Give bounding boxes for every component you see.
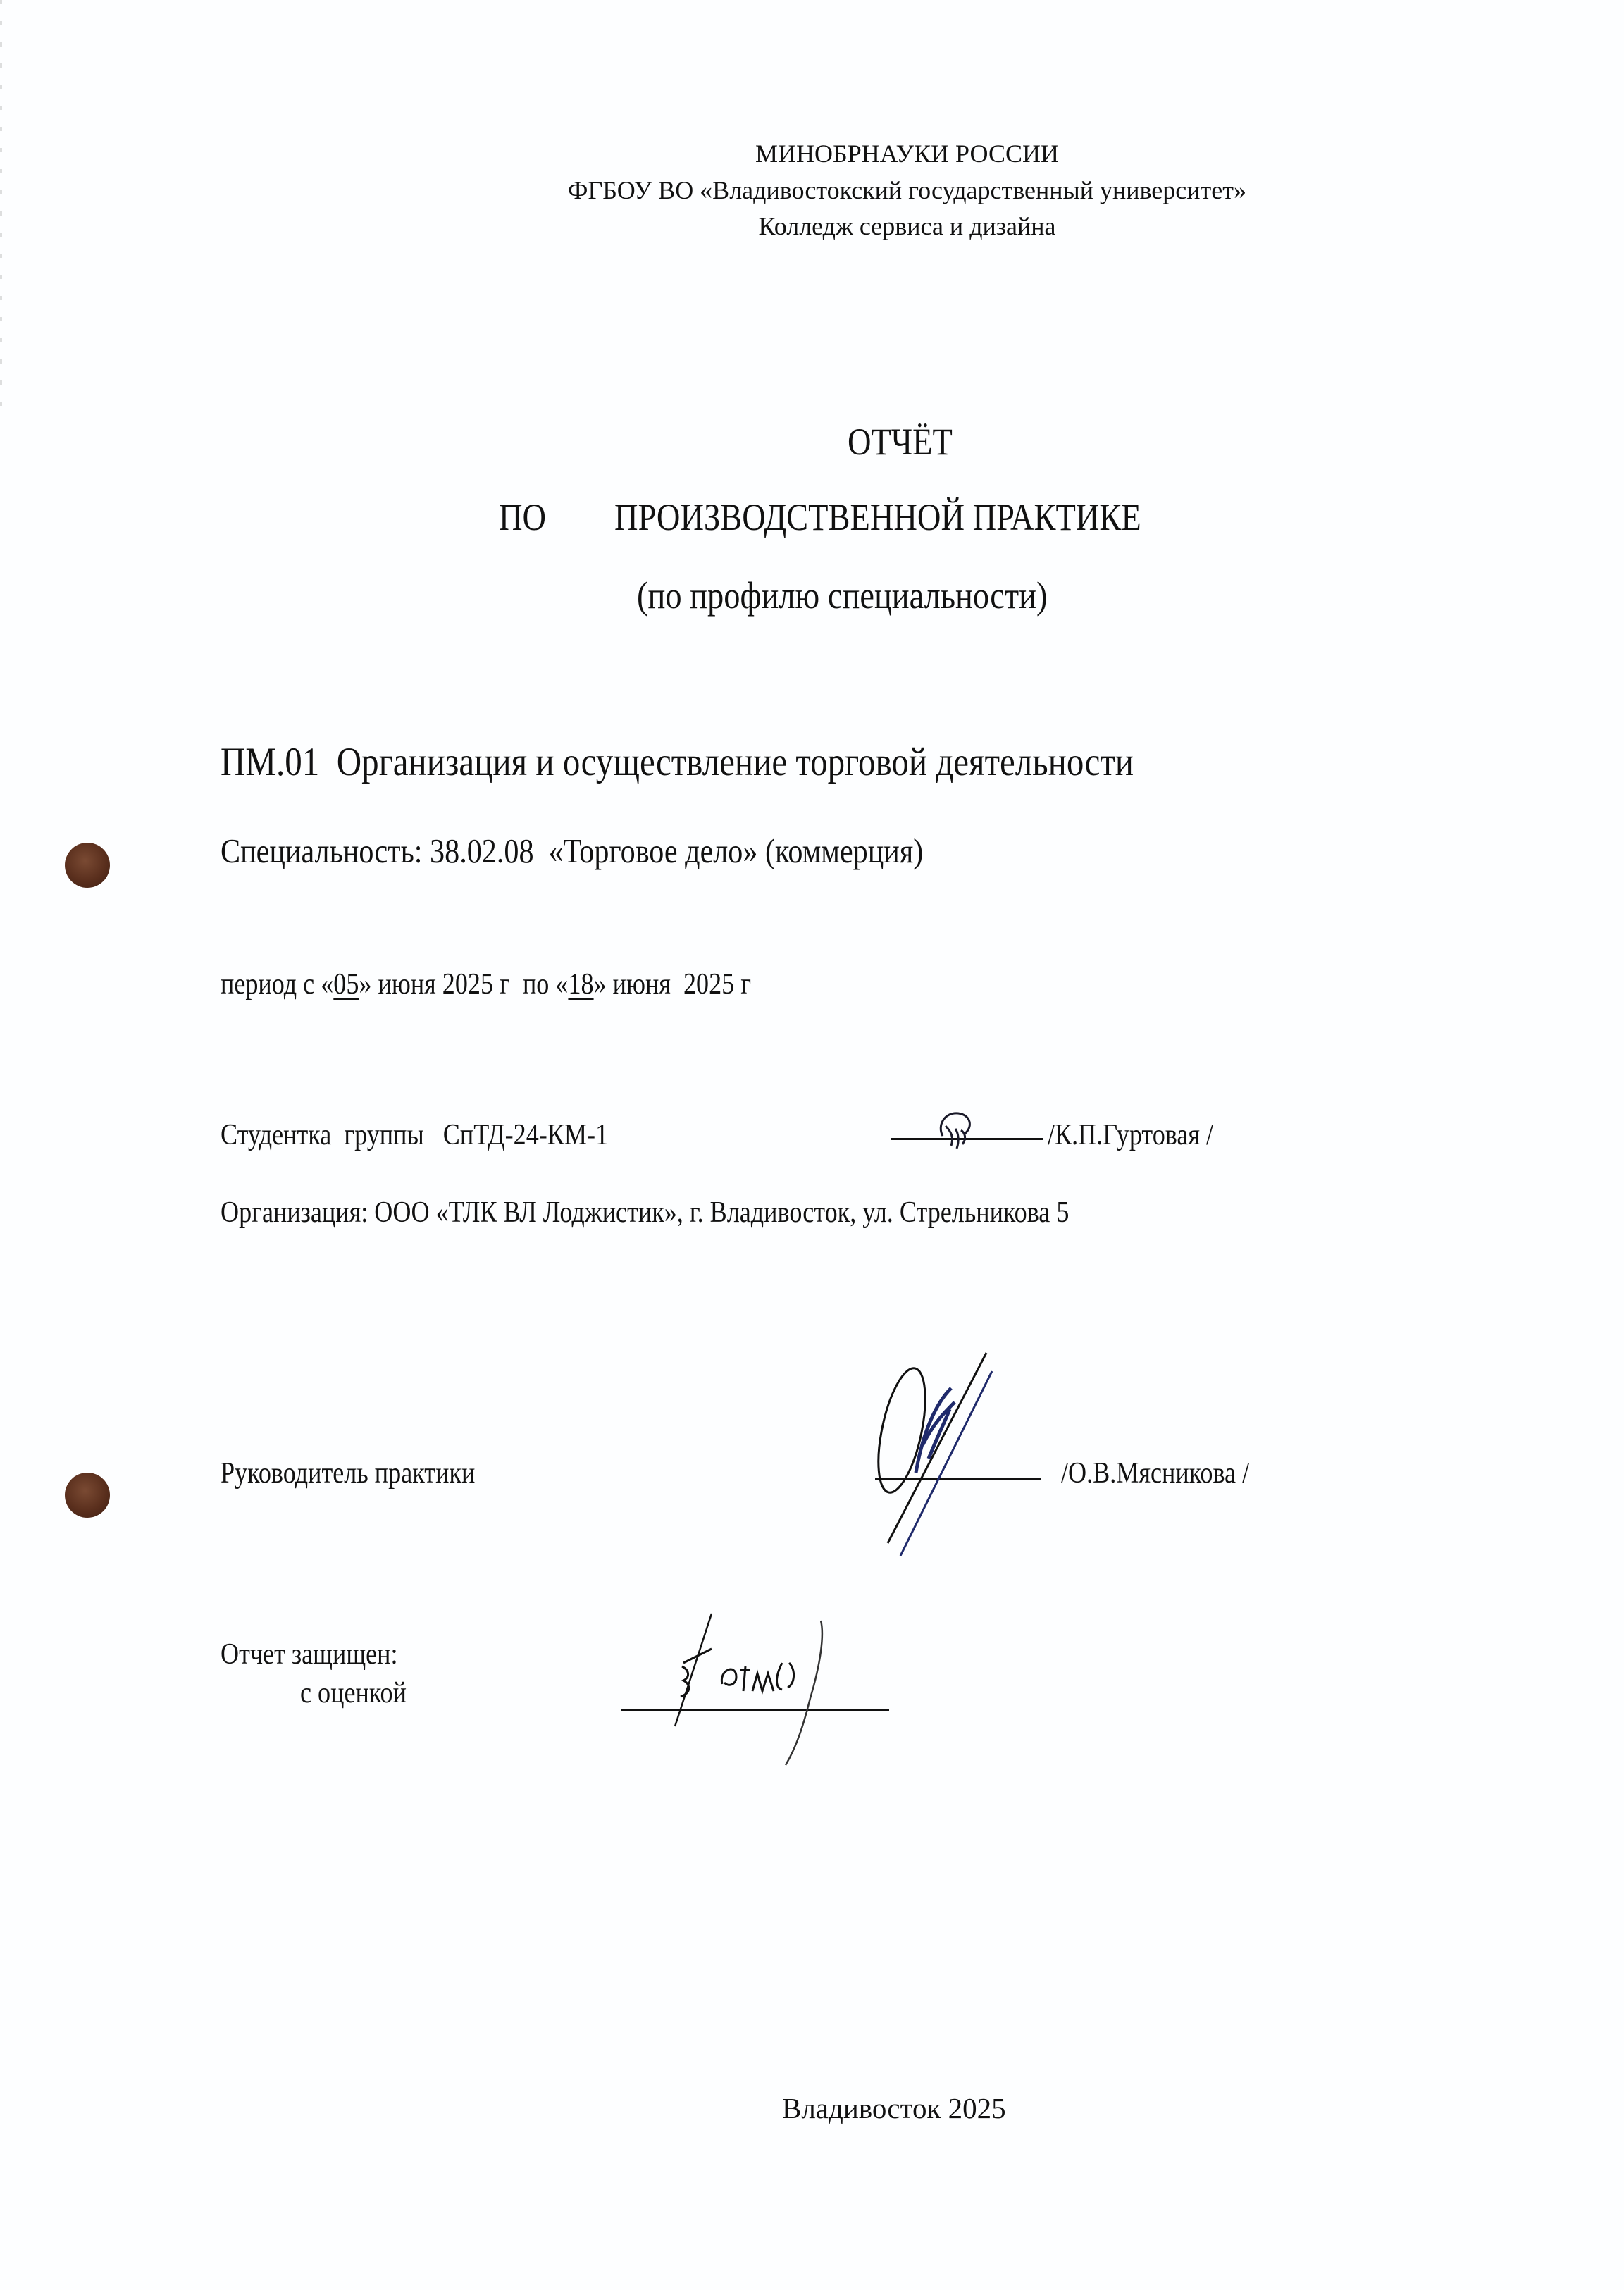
student-name: /К.П.Гуртовая / bbox=[1048, 1120, 1213, 1150]
punch-hole-top bbox=[65, 843, 110, 888]
city-year: Владивосток 2025 bbox=[782, 2094, 1006, 2123]
report-profile: (по профилю специальности) bbox=[637, 576, 1047, 614]
organization-line: Организация: ООО «ТЛК ВЛ Лоджистик», г. … bbox=[221, 1198, 1069, 1227]
supervisor-signature bbox=[867, 1346, 1050, 1557]
module-name: Организация и осуществление торговой дея… bbox=[337, 740, 1134, 784]
defense-label: Отчет защищен: bbox=[221, 1640, 398, 1669]
specialty-line: Специальность: 38.02.08 «Торговое дело» … bbox=[221, 834, 923, 868]
period-line: период с «05» июня 2025 г по «18» июня 2… bbox=[221, 970, 751, 999]
scan-edge bbox=[0, 0, 2, 423]
supervisor-label: Руководитель практики bbox=[221, 1459, 475, 1488]
period-start-day: 05 bbox=[333, 968, 359, 1001]
student-signature bbox=[930, 1105, 986, 1154]
specialty-name: «Торговое дело» (коммерция) bbox=[549, 831, 924, 870]
module-code: ПМ.01 bbox=[221, 740, 319, 784]
report-title: ОТЧЁТ bbox=[848, 423, 953, 461]
student-label: Студентка группы СпТД-24-КМ-1 bbox=[221, 1120, 608, 1150]
punch-hole-bottom bbox=[65, 1473, 110, 1518]
grade-handwritten bbox=[669, 1614, 895, 1769]
specialty-label: Специальность: bbox=[221, 831, 423, 870]
period-end-day: 18 bbox=[568, 968, 593, 1001]
college-line: Колледж сервиса и дизайна bbox=[95, 213, 1624, 239]
report-subtitle-prefix: ПО bbox=[499, 498, 546, 536]
module-line: ПМ.01 Организация и осуществление торгов… bbox=[221, 742, 1134, 782]
document-page: МИНОБРНАУКИ РОССИИ ФГБОУ ВО «Владивосток… bbox=[0, 0, 1624, 2290]
report-subtitle: ПРОИЗВОДСТВЕННОЙ ПРАКТИКЕ bbox=[614, 498, 1141, 536]
ministry-line: МИНОБРНАУКИ РОССИИ bbox=[95, 141, 1624, 166]
university-line: ФГБОУ ВО «Владивостокский государственны… bbox=[95, 178, 1624, 203]
supervisor-name: /О.В.Мясникова / bbox=[1061, 1459, 1249, 1488]
student-group: СпТД-24-КМ-1 bbox=[443, 1119, 608, 1151]
grade-label: с оценкой bbox=[300, 1678, 407, 1708]
specialty-code: 38.02.08 bbox=[430, 831, 533, 870]
